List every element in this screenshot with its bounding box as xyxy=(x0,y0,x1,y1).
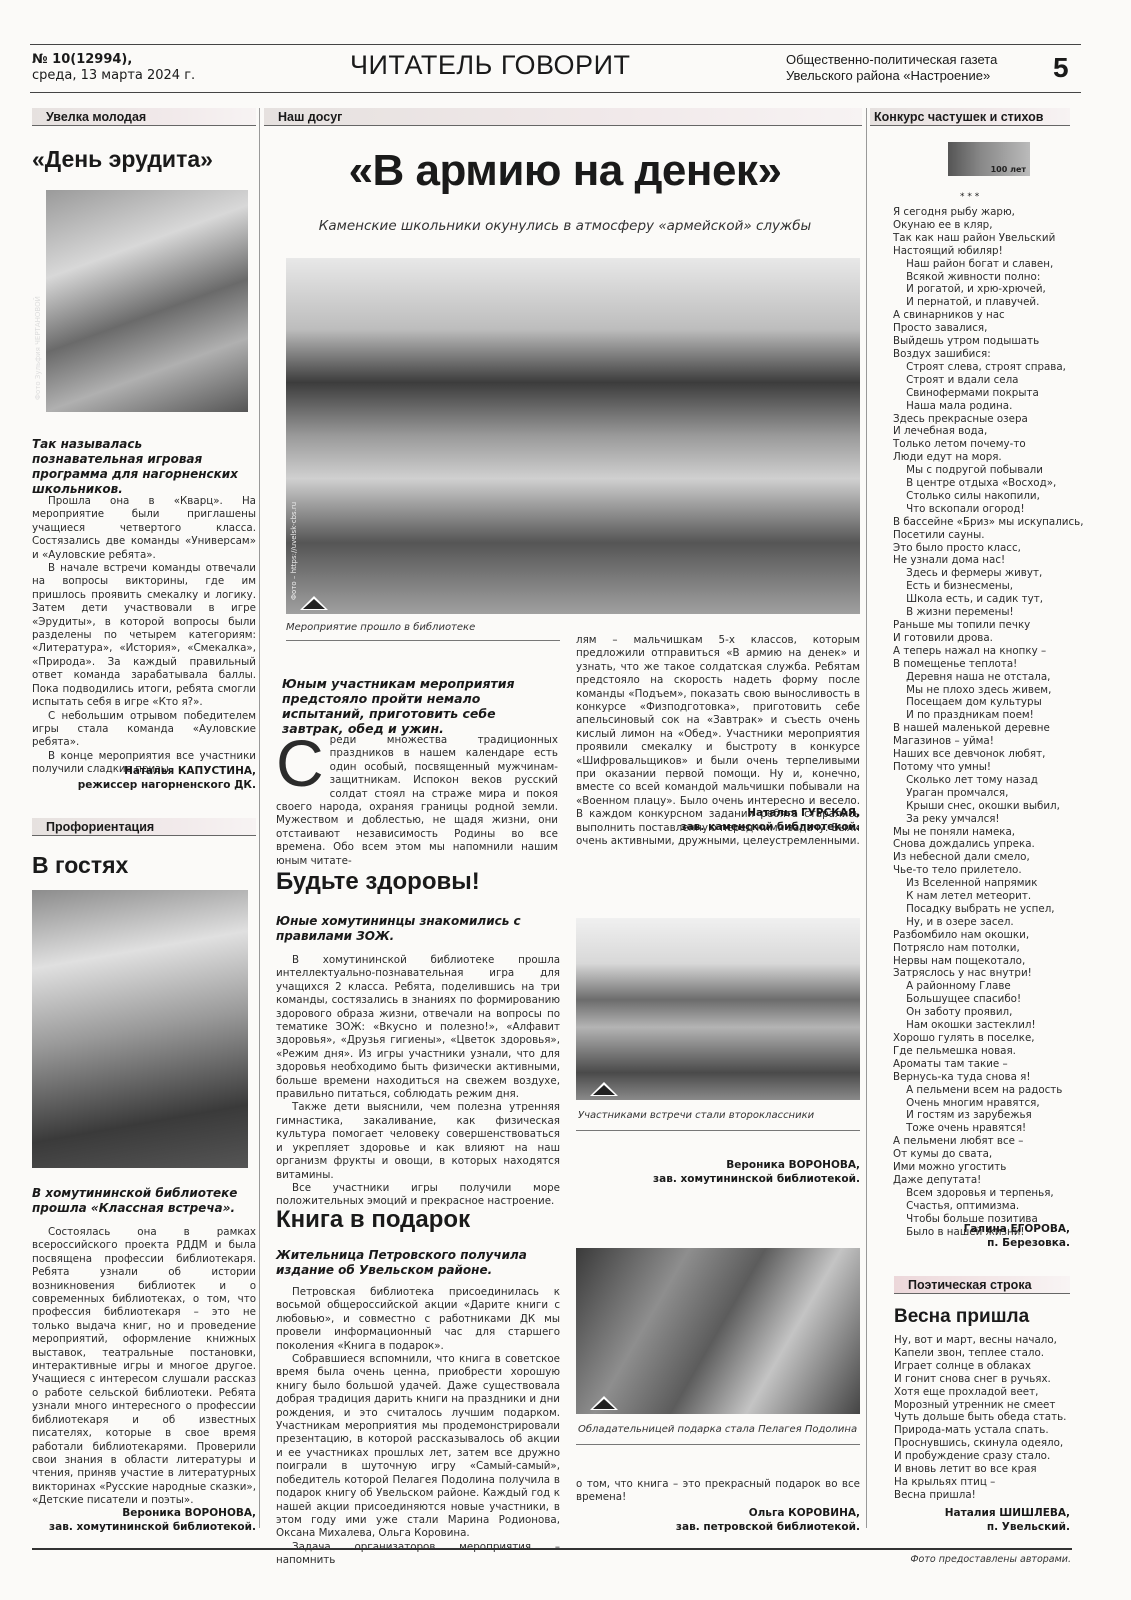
photo-marker-icon xyxy=(590,1082,618,1096)
author-place: п. Увельский. xyxy=(870,1520,1070,1534)
lead-guests: В хомутининской библиотеке прошла «Класс… xyxy=(32,1186,256,1216)
paper-name-line2: Увельского района «Настроение» xyxy=(786,68,990,83)
author-name: Наталья ГУРСКАЯ, xyxy=(576,806,860,820)
footer-rule xyxy=(32,1548,1072,1550)
photo-marker-icon xyxy=(300,596,328,610)
issue-number: № 10(12994), xyxy=(32,52,132,67)
caption-rule xyxy=(576,1444,860,1445)
issue-info: № 10(12994), среда, 13 марта 2024 г. xyxy=(32,52,195,84)
paragraph: Собравшиеся вспомнили, что книга в совет… xyxy=(276,1353,560,1541)
author-name: Наталья КАПУСТИНА, xyxy=(32,764,256,778)
signature-contest-poem: Галина ЕГОРОВА, п. Березовка. xyxy=(870,1222,1070,1250)
column-divider-left xyxy=(259,108,260,1528)
rubric-contest: Конкурс частушек и стихов xyxy=(870,108,1070,126)
author-name: Вероника ВОРОНОВА, xyxy=(576,1158,860,1172)
paragraph: Состоялась она в рамках всероссийского п… xyxy=(32,1226,256,1508)
body-army-col1: Среди множества традиционных праздников … xyxy=(276,734,558,868)
issue-date: среда, 13 марта 2024 г. xyxy=(32,68,195,83)
body-guests: Состоялась она в рамках всероссийского п… xyxy=(32,1226,256,1508)
paragraph: Все участники игры получили море положит… xyxy=(276,1182,560,1209)
poem-stars: * * * xyxy=(960,192,979,202)
caption-rule xyxy=(286,640,560,641)
signature-army: Наталья ГУРСКАЯ, зав. каменской библиоте… xyxy=(576,806,860,834)
author-role: зав. хомутининской библиотекой. xyxy=(32,1520,256,1534)
signature-spring-poem: Наталия ШИШЛЕВА, п. Увельский. xyxy=(870,1506,1070,1534)
author-name: Вероника ВОРОНОВА, xyxy=(32,1506,256,1520)
paragraph: С небольшим отрывом победителем игры ста… xyxy=(32,710,256,750)
body-book-continuation: о том, что книга – это прекрасный подаро… xyxy=(576,1478,860,1505)
paper-name-line1: Общественно-политическая газета xyxy=(786,52,997,67)
author-name: Наталия ШИШЛЕВА, xyxy=(870,1506,1070,1520)
paragraph: Также дети выяснили, чем полезна утрення… xyxy=(276,1101,560,1181)
article-title-army: «В армию на денек» xyxy=(270,146,860,196)
rubric-poetic-line: Поэтическая строка xyxy=(894,1276,1070,1294)
author-role: зав. петровской библиотекой. xyxy=(576,1520,860,1534)
paragraph: В хомутининской библиотеке прошла интелл… xyxy=(276,954,560,1101)
paragraph: В начале встречи команды отвечали на воп… xyxy=(32,562,256,709)
author-role: зав. каменской библиотекой. xyxy=(576,820,860,834)
photo-book-gift xyxy=(576,1248,860,1414)
lead-erudit: Так называлась познавательная игровая пр… xyxy=(32,437,256,497)
author-name: Ольга КОРОВИНА, xyxy=(576,1506,860,1520)
rubric-uvelka-molodaya: Увелка молодая xyxy=(32,108,256,126)
paragraph: Петровская библиотека присоединилась к в… xyxy=(276,1286,560,1353)
article-title-guests: В гостях xyxy=(32,852,256,879)
poem-spring-text: Ну, вот и март, весны начало, Капели зво… xyxy=(894,1334,1070,1502)
photo-erudit-children xyxy=(46,190,248,412)
rubric-proforientatsiya: Профориентация xyxy=(32,818,256,836)
author-name: Галина ЕГОРОВА, xyxy=(870,1222,1070,1236)
paragraph: Задача организаторов мероприятия – напом… xyxy=(276,1541,560,1568)
dropcap: С xyxy=(276,736,324,790)
photo-credit-erudit: Фото Зульфия ЧЕРТАНОВОЙ xyxy=(34,296,42,400)
body-book: Петровская библиотека присоединилась к в… xyxy=(276,1286,560,1568)
article-title-erudit: «День эрудита» xyxy=(32,146,256,173)
page-number: 5 xyxy=(1053,52,1069,84)
poem-title-spring: Весна пришла xyxy=(894,1306,1070,1328)
photo-library-meeting xyxy=(32,890,248,1168)
caption-army: Мероприятие прошло в библиотеке xyxy=(286,622,475,633)
caption-health: Участниками встречи стали второклассники xyxy=(578,1110,814,1121)
paragraph: Прошла она в «Кварц». На мероприятие был… xyxy=(32,495,256,562)
poem-contest-text: Я сегодня рыбу жарю, Окунаю ее в кляр, Т… xyxy=(893,206,1069,1239)
lead-book: Жительница Петровского получила издание … xyxy=(276,1248,560,1278)
header-top-rule xyxy=(30,44,1081,45)
photo-marker-icon xyxy=(590,1396,618,1410)
column-divider-right xyxy=(866,108,867,1528)
article-title-health: Будьте здоровы! xyxy=(276,868,566,896)
body-health: В хомутининской библиотеке прошла интелл… xyxy=(276,954,560,1209)
author-role: зав. хомутининской библиотекой. xyxy=(576,1172,860,1186)
logo-text: 100 лет xyxy=(991,165,1026,174)
caption-book: Обладательницей подарка стала Пелагея По… xyxy=(578,1424,857,1435)
article-title-book: Книга в подарок xyxy=(276,1206,566,1234)
paper-name: Общественно-политическая газета Увельско… xyxy=(786,52,997,84)
author-place: п. Березовка. xyxy=(870,1236,1070,1250)
page-section-title: ЧИТАТЕЛЬ ГОВОРИТ xyxy=(350,50,630,81)
rubric-nash-dosug: Наш досуг xyxy=(264,108,862,126)
signature-guests: Вероника ВОРОНОВА, зав. хомутининской би… xyxy=(32,1506,256,1534)
anniversary-logo: 100 лет xyxy=(948,142,1030,176)
lead-health: Юные хомутининцы знакомились с правилами… xyxy=(276,914,560,944)
body-erudit: Прошла она в «Кварц». На мероприятие был… xyxy=(32,495,256,777)
photo-health-game xyxy=(576,918,860,1100)
signature-erudit: Наталья КАПУСТИНА, режиссер нагорненског… xyxy=(32,764,256,792)
author-role: режиссер нагорненского ДК. xyxy=(32,778,256,792)
signature-health: Вероника ВОРОНОВА, зав. хомутининской би… xyxy=(576,1158,860,1186)
footer-photo-credit: Фото предоставлены авторами. xyxy=(910,1554,1071,1565)
caption-rule xyxy=(576,1130,860,1131)
photo-army-day xyxy=(286,258,860,614)
article-subtitle-army: Каменские школьники окунулись в атмосфер… xyxy=(270,218,860,234)
signature-book: Ольга КОРОВИНА, зав. петровской библиоте… xyxy=(576,1506,860,1534)
photo-credit-army: Фото – https://uvelsk-cbs.ru xyxy=(290,502,298,600)
header-bottom-rule xyxy=(30,92,1081,93)
